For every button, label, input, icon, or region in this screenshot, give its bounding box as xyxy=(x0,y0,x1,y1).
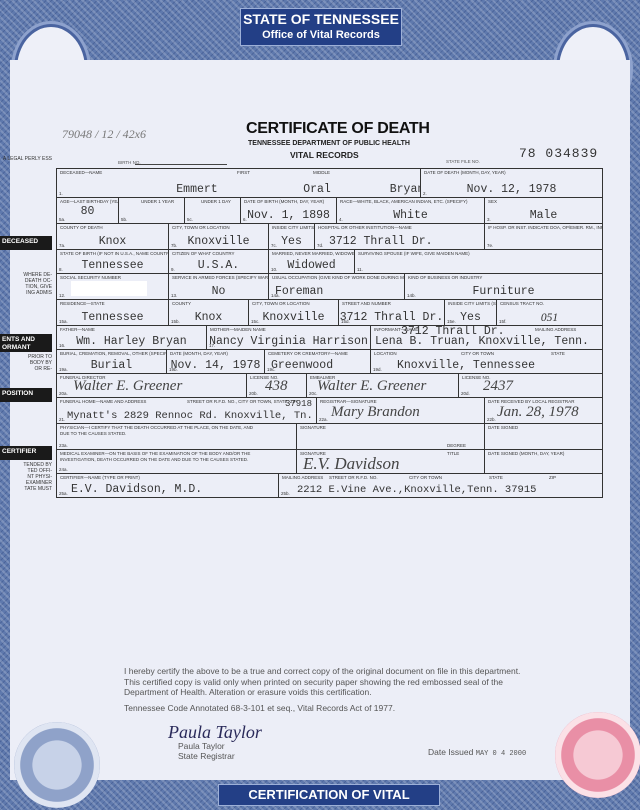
field-number: 19c. xyxy=(267,367,276,372)
field-number: 24a. xyxy=(59,467,68,472)
field-label: STREET OR R.F.D. NO., CITY OR TOWN, STAT… xyxy=(187,399,297,404)
state-file-number: 78 034839 xyxy=(519,146,598,161)
department-name: TENNESSEE DEPARTMENT OF PUBLIC HEALTH xyxy=(248,140,410,147)
under-1-year-field: UNDER 1 YEAR 5b. xyxy=(119,198,185,224)
office-title: Office of Vital Records xyxy=(241,28,401,42)
field-number: 12. xyxy=(59,293,65,298)
state-registrar-name: Paula Taylor xyxy=(178,741,235,751)
disposition-value: Burial xyxy=(57,359,166,372)
state-registrar-title: State Registrar xyxy=(178,751,235,761)
field-label: CEMETERY OR CREMATORY—NAME xyxy=(268,351,348,356)
certifier-tab: CERTIFIER xyxy=(0,446,52,460)
field-number: 7b. xyxy=(171,243,177,248)
field-label: COUNTY xyxy=(172,301,191,306)
field-number: 16. xyxy=(59,343,65,348)
prior-note: PRIOR TO BODY BY OR RE- xyxy=(2,354,52,372)
field-label: FATHER—NAME xyxy=(60,327,95,332)
funeral-home-value: Mynatt's 2829 Rennoc Rd. Knoxville, Tn. xyxy=(67,410,316,422)
cemetery-location-value: Knoxville, Tennessee xyxy=(397,359,602,372)
field-number: 22b. xyxy=(487,417,496,422)
field-label: DATE SIGNED xyxy=(488,425,518,430)
field-number: 6. xyxy=(243,217,247,222)
mother-field: MOTHER—MAIDEN NAME Nancy Virginia Harris… xyxy=(207,326,371,350)
date-of-birth-value: Nov. 1, 1898 xyxy=(241,209,336,222)
field-label: INSIDE CITY LIMITS (SPECIFY YES OR NO) xyxy=(448,301,497,306)
inside-city-limits-field: INSIDE CITY LIMITS (SPECIFY YES OR NO) Y… xyxy=(269,224,315,250)
date-of-death-value: Nov. 12, 1978 xyxy=(421,183,602,196)
field-label: SEX xyxy=(488,199,497,204)
mailing-address-field: MAILING ADDRESS STREET OR R.F.D. NO. CIT… xyxy=(279,474,603,498)
armed-forces-field: SERVICE IN ARMED FORCES (SPECIFY WAR OR … xyxy=(169,274,269,300)
field-label: DATE OF BIRTH (MONTH, DAY, YEAR) xyxy=(244,199,324,204)
field-label: SERVICE IN ARMED FORCES (SPECIFY WAR OR … xyxy=(172,275,269,280)
hospital-value: 3712 Thrall Dr. xyxy=(329,235,484,248)
father-field: FATHER—NAME Wm. Harley Bryan 16. xyxy=(57,326,207,350)
field-label: RACE—WHITE, BLACK, AMERICAN INDIAN, ETC.… xyxy=(340,199,468,204)
field-label: UNDER 1 DAY xyxy=(201,199,231,204)
hospital-status-field: IF HOSP. OR INST. INDICATE DOA, OP/EMER.… xyxy=(485,224,603,250)
field-label: DATE (MONTH, DAY, YEAR) xyxy=(170,351,228,356)
funeral-home-field: FUNERAL HOME—NAME AND ADDRESS STREET OR … xyxy=(57,398,317,424)
citizenship-value: U.S.A. xyxy=(169,259,268,272)
field-number: 15f. xyxy=(499,319,507,324)
field-label: SURVIVING SPOUSE (IF WIFE, GIVE MAIDEN N… xyxy=(358,251,470,256)
cemetery-field: CEMETERY OR CREMATORY—NAME Greenwood 19c… xyxy=(265,350,371,374)
census-tract-field: CENSUS TRACT NO. 051 15f. xyxy=(497,300,603,326)
medical-examiner-field: MEDICAL EXAMINER—ON THE BASIS OF THE EXA… xyxy=(57,450,297,474)
certificate-title: CERTIFICATE OF DEATH xyxy=(246,120,430,138)
field-label: UNDER 1 YEAR xyxy=(141,199,174,204)
field-label: LOCATION xyxy=(374,351,397,356)
field-label: DEGREE xyxy=(447,443,466,448)
residence-street-field: STREET AND NUMBER 3712 Thrall Dr. 15d. xyxy=(339,300,445,326)
deceased-tab: DECEASED xyxy=(0,236,52,250)
death-certificate-form: DECEASED—NAME FIRST MIDDLE Emmert Oral B… xyxy=(56,168,603,498)
field-label: MARRIED, NEVER MARRIED, WIDOWED, DIVORCE… xyxy=(272,251,355,256)
field-label: TITLE xyxy=(447,451,459,456)
field-label: FIRST xyxy=(237,170,250,175)
field-number: 5c. xyxy=(187,217,193,222)
field-number: 25a. xyxy=(59,491,68,496)
fd-license-field: LICENSE NO. 438 20b. xyxy=(247,374,307,398)
state-file-label: STATE FILE NO. xyxy=(446,159,480,164)
embalmer-license-field: LICENSE NO. 2437 20d. xyxy=(459,374,603,398)
field-number: 11. xyxy=(357,267,363,272)
marital-status-value: Widowed xyxy=(269,259,354,272)
state-title: STATE OF TENNESSEE xyxy=(241,10,401,28)
physician-date-signed-field: DATE SIGNED xyxy=(485,424,603,450)
certifier-field: CERTIFIER—NAME (TYPE OR PRINT) E.V. Davi… xyxy=(57,474,279,498)
citizenship-field: CITIZEN OF WHAT COUNTRY U.S.A. 9. xyxy=(169,250,269,274)
field-number: 1. xyxy=(59,191,63,196)
industry-value: Furniture xyxy=(405,285,602,298)
state-of-birth-value: Tennessee xyxy=(57,259,168,272)
parents-tab: ENTS AND ORMANT xyxy=(0,334,52,352)
county-of-death-field: COUNTY OF DEATH Knox 7a. xyxy=(57,224,169,250)
field-label: DATE OF DEATH (MONTH, DAY, YEAR) xyxy=(424,170,506,175)
field-number: 22a. xyxy=(319,417,328,422)
field-number: 17. xyxy=(209,343,215,348)
father-value: Wm. Harley Bryan xyxy=(57,335,206,348)
date-issued: Date Issued MAY 0 4 2000 xyxy=(428,747,526,758)
division-name: VITAL RECORDS xyxy=(290,150,359,160)
field-number: 15b. xyxy=(171,319,180,324)
last-name-value: Bryan xyxy=(357,183,421,196)
field-label: STATE xyxy=(551,351,565,356)
field-number: 21. xyxy=(59,417,65,422)
disposition-date-field: DATE (MONTH, DAY, YEAR) Nov. 14, 1978 19… xyxy=(167,350,265,374)
field-number: 14b. xyxy=(407,293,416,298)
industry-field: KIND OF BUSINESS OR INDUSTRY Furniture 1… xyxy=(405,274,603,300)
registrar-field: REGISTRAR—SIGNATURE Mary Brandon 22a. xyxy=(317,398,485,424)
sex-field: SEX Male 3. xyxy=(485,198,603,224)
informant-field: INFORMANT—NAME MAILING ADDRESS 3712 Thra… xyxy=(371,326,603,350)
date-received-value: Jan. 28, 1978 xyxy=(497,404,579,421)
date-issued-value: MAY 0 4 2000 xyxy=(476,750,526,758)
field-label: DATE SIGNED (MONTH, DAY, YEAR) xyxy=(488,451,564,456)
field-number: 20a. xyxy=(59,391,68,396)
field-number: 19b. xyxy=(169,367,178,372)
field-number: 20b. xyxy=(249,391,258,396)
field-label: CENSUS TRACT NO. xyxy=(500,301,544,306)
date-received-field: DATE RECEIVED BY LOCAL REGISTRAR Jan. 28… xyxy=(485,398,603,424)
armed-forces-value: No xyxy=(169,285,268,298)
residence-county-field: COUNTY Knox 15b. xyxy=(169,300,249,326)
certification-banner: CERTIFICATION OF VITAL RECORD xyxy=(218,784,440,806)
funeral-director-field: FUNERAL DIRECTOR Walter E. Greener 20a. xyxy=(57,374,247,398)
date-of-birth-field: DATE OF BIRTH (MONTH, DAY, YEAR) Nov. 1,… xyxy=(241,198,337,224)
field-label: FUNERAL HOME—NAME AND ADDRESS xyxy=(60,399,146,404)
field-label: CERTIFIER—NAME (TYPE OR PRINT) xyxy=(60,475,140,480)
field-label: CITY OR TOWN xyxy=(461,351,494,356)
cemetery-value: Greenwood xyxy=(271,359,370,372)
deceased-name-field: DECEASED—NAME FIRST MIDDLE Emmert Oral B… xyxy=(57,168,421,198)
age-value: 80 xyxy=(57,205,118,218)
field-label: KIND OF BUSINESS OR INDUSTRY xyxy=(408,275,482,280)
field-label: MEDICAL EXAMINER—ON THE BASIS OF THE EXA… xyxy=(60,451,260,462)
field-label: BURIAL, CREMATION, REMOVAL, OTHER (SPECI… xyxy=(60,351,167,356)
field-number: 7d. xyxy=(317,243,323,248)
date-of-death-field: DATE OF DEATH (MONTH, DAY, YEAR) Nov. 12… xyxy=(421,168,603,198)
field-number: 15d. xyxy=(341,319,350,324)
field-number: 8. xyxy=(59,267,63,272)
field-label: INSIDE CITY LIMITS (SPECIFY YES OR NO) xyxy=(272,225,315,230)
state-registrar-signature: Paula Taylor xyxy=(168,722,262,743)
certification-statement: I hereby certify the above to be a true … xyxy=(124,666,524,698)
field-label: CITY, TOWN OR LOCATION xyxy=(252,301,310,306)
embalmer-signature: Walter E. Greener xyxy=(317,378,426,395)
field-number: 20c. xyxy=(309,391,318,396)
race-field: RACE—WHITE, BLACK, AMERICAN INDIAN, ETC.… xyxy=(337,198,485,224)
field-number: 2. xyxy=(423,191,427,196)
medical-examiner-signature: E.V. Davidson xyxy=(303,454,400,474)
field-label: RESIDENCE—STATE xyxy=(60,301,105,306)
field-number: 13. xyxy=(171,293,177,298)
field-number: 7e. xyxy=(487,243,493,248)
cemetery-location-field: LOCATION CITY OR TOWN STATE Knoxville, T… xyxy=(371,350,603,374)
legal-note: A LEGAL PERLY ESS xyxy=(2,156,52,162)
field-number: 15a. xyxy=(59,319,68,324)
registrar-signature: Mary Brandon xyxy=(331,404,420,421)
field-number: 19a. xyxy=(59,367,68,372)
ssn-field: SOCIAL SECURITY NUMBER 12. xyxy=(57,274,169,300)
field-number: 9. xyxy=(171,267,175,272)
field-number: 15e. xyxy=(447,319,456,324)
field-label: CITY OR TOWN xyxy=(409,475,442,480)
redacted-ssn xyxy=(71,281,147,296)
field-label: MAILING ADDRESS xyxy=(535,327,576,332)
field-label: STATE xyxy=(489,475,503,480)
field-label: MAILING ADDRESS xyxy=(282,475,323,480)
state-registrar-block: Paula Taylor State Registrar xyxy=(178,741,235,761)
disposition-tab: POSITION xyxy=(0,388,52,402)
field-label: ZIP xyxy=(549,475,556,480)
field-number: 20d. xyxy=(461,391,470,396)
field-label: HOSPITAL OR OTHER INSTITUTION—NAME xyxy=(318,225,412,230)
date-issued-label: Date Issued xyxy=(428,747,473,757)
funeral-director-signature: Walter E. Greener xyxy=(73,378,182,395)
census-tract-value: 051 xyxy=(497,312,602,324)
city-of-death-value: Knoxville xyxy=(169,235,268,248)
occupation-field: USUAL OCCUPATION (GIVE KIND OF WORK DONE… xyxy=(269,274,405,300)
field-label: DECEASED—NAME xyxy=(60,170,102,175)
residence-city-value: Knoxville xyxy=(249,311,338,324)
birth-no-line xyxy=(135,164,227,165)
field-label: STREET OR R.F.D. NO. xyxy=(329,475,378,480)
field-number: 25b. xyxy=(281,491,290,496)
residence-state-value: Tennessee xyxy=(57,311,168,324)
field-label: IF HOSP. OR INST. INDICATE DOA, OP/EMER.… xyxy=(488,225,603,230)
where-note: WHERE DE- DEATH OC- TION, GIVE ING ADMIS xyxy=(2,272,52,296)
field-label: MIDDLE xyxy=(313,170,330,175)
marital-status-field: MARRIED, NEVER MARRIED, WIDOWED, DIVORCE… xyxy=(269,250,355,274)
field-label: CITIZEN OF WHAT COUNTRY xyxy=(172,251,235,256)
certifier-value: E.V. Davidson, M.D. xyxy=(71,483,278,496)
embalmer-license-value: 2437 xyxy=(483,378,513,395)
field-number: 23a. xyxy=(59,443,68,448)
handwritten-note: 79048 / 12 / 42x6 xyxy=(62,128,146,141)
field-number: 7c. xyxy=(271,243,277,248)
me-date-signed-field: DATE SIGNED (MONTH, DAY, YEAR) xyxy=(485,450,603,474)
field-label: STREET AND NUMBER xyxy=(342,301,391,306)
field-label: MOTHER—MAIDEN NAME xyxy=(210,327,266,332)
field-label: CITY, TOWN OR LOCATION xyxy=(172,225,230,230)
disposition-field: BURIAL, CREMATION, REMOVAL, OTHER (SPECI… xyxy=(57,350,167,374)
field-number: 4. xyxy=(339,217,343,222)
under-1-day-field: UNDER 1 DAY 5c. xyxy=(185,198,241,224)
field-label: PHYSICIAN—I CERTIFY THAT THE DEATH OCCUR… xyxy=(60,425,260,436)
embalmer-field: EMBALMER Walter E. Greener 20c. xyxy=(307,374,459,398)
field-number: 19d. xyxy=(373,367,382,372)
mother-value: Nancy Virginia Harrison xyxy=(207,335,370,348)
funeral-home-zip: 37918 xyxy=(285,399,312,409)
embossed-red-seal-icon xyxy=(555,712,640,798)
disposition-date-value: Nov. 14, 1978 xyxy=(167,359,264,372)
state-seal-icon xyxy=(14,722,100,808)
field-label: COUNTY OF DEATH xyxy=(60,225,103,230)
occupation-value: Foreman xyxy=(275,285,404,298)
field-label: SIGNATURE xyxy=(300,425,326,430)
field-label: SOCIAL SECURITY NUMBER xyxy=(60,275,121,280)
residence-street-value: 3712 Thrall Dr. xyxy=(339,311,444,324)
field-label: USUAL OCCUPATION (GIVE KIND OF WORK DONE… xyxy=(272,275,405,280)
race-value: White xyxy=(337,209,484,222)
statute-reference: Tennessee Code Annotated 68-3-101 et seq… xyxy=(124,703,395,713)
mailing-address-value: 2212 E.Vine Ave.,Knoxville,Tenn. 37915 xyxy=(297,484,602,496)
residence-city-field: CITY, TOWN OR LOCATION Knoxville 15c. xyxy=(249,300,339,326)
field-number: 5a. xyxy=(59,217,65,222)
certifier-note: TENDED BY TED OFFI- NT PHYSI- EXAMINER T… xyxy=(2,462,52,492)
hospital-field: HOSPITAL OR OTHER INSTITUTION—NAME 3712 … xyxy=(315,224,485,250)
field-number: 7a. xyxy=(59,243,65,248)
residence-county-value: Knox xyxy=(169,311,248,324)
spacer xyxy=(169,168,170,169)
field-number: 10. xyxy=(271,267,277,272)
sex-value: Male xyxy=(485,209,602,222)
fd-license-value: 438 xyxy=(265,378,288,395)
field-number: 3. xyxy=(487,217,491,222)
physician-signature-field: SIGNATURE DEGREE xyxy=(297,424,485,450)
state-banner: STATE OF TENNESSEE Office of Vital Recor… xyxy=(240,8,402,46)
field-label: STATE OF BIRTH (IF NOT IN U.S.A., NAME C… xyxy=(60,251,169,256)
field-number: 5b. xyxy=(121,217,127,222)
city-of-death-field: CITY, TOWN OR LOCATION Knoxville 7b. xyxy=(169,224,269,250)
surviving-spouse-field: SURVIVING SPOUSE (IF WIFE, GIVE MAIDEN N… xyxy=(355,250,603,274)
residence-inside-city-field: INSIDE CITY LIMITS (SPECIFY YES OR NO) Y… xyxy=(445,300,497,326)
residence-state-field: RESIDENCE—STATE Tennessee 15a. xyxy=(57,300,169,326)
county-of-death-value: Knox xyxy=(57,235,168,248)
field-number: 15c. xyxy=(251,319,260,324)
first-name-value: Emmert xyxy=(137,183,257,196)
field-label: AGE—LAST BIRTHDAY (YEARS) xyxy=(60,199,119,204)
physician-field: PHYSICIAN—I CERTIFY THAT THE DEATH OCCUR… xyxy=(57,424,297,450)
state-of-birth-field: STATE OF BIRTH (IF NOT IN U.S.A., NAME C… xyxy=(57,250,169,274)
age-field: AGE—LAST BIRTHDAY (YEARS) 80 5a. xyxy=(57,198,119,224)
field-number: 14a. xyxy=(271,293,280,298)
medical-examiner-signature-field: SIGNATURE TITLE E.V. Davidson xyxy=(297,450,485,474)
informant-value: Lena B. Truan, Knoxville, Tenn. xyxy=(375,335,602,348)
